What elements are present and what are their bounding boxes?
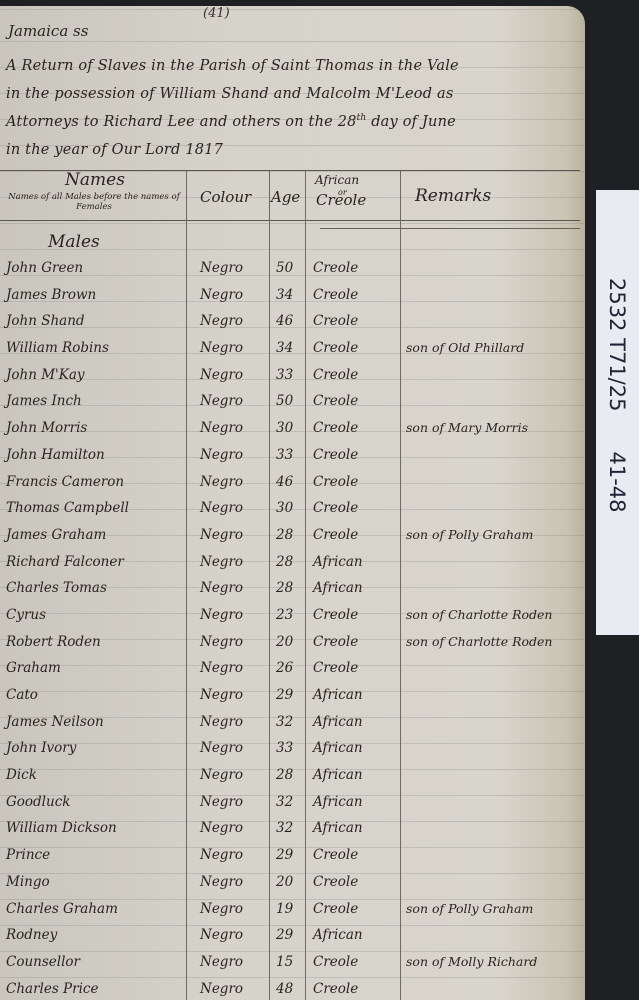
table-row: John GreenNegro50Creole (0, 257, 585, 284)
table-row: CyrusNegro23Creoleson of Charlotte Roden (0, 604, 585, 631)
table-row: RodneyNegro29African (0, 924, 585, 951)
table-row: PrinceNegro29Creole (0, 844, 585, 871)
header-remarks: Remarks (415, 186, 491, 206)
origin-cell: Creole (313, 981, 358, 997)
slave-name: Francis Cameron (6, 474, 124, 490)
table-row: William RobinsNegro34Creoleson of Old Ph… (0, 337, 585, 364)
table-row: John IvoryNegro33African (0, 737, 585, 764)
origin-cell: Creole (313, 660, 358, 676)
origin-cell: Creole (313, 527, 358, 543)
origin-cell: Creole (313, 287, 358, 303)
age-cell: 28 (276, 554, 293, 570)
age-cell: 33 (276, 367, 293, 383)
table-row: CatoNegro29African (0, 684, 585, 711)
table-row: Richard FalconerNegro28African (0, 551, 585, 578)
place-heading: Jamaica ss (8, 22, 88, 40)
colour-cell: Negro (200, 580, 243, 596)
title-line-1: A Return of Slaves in the Parish of Sain… (6, 58, 459, 74)
colour-cell: Negro (200, 981, 243, 997)
origin-cell: Creole (313, 607, 358, 623)
colour-cell: Negro (200, 367, 243, 383)
age-cell: 20 (276, 634, 293, 650)
table-row: Robert RodenNegro20Creoleson of Charlott… (0, 631, 585, 658)
slave-name: Rodney (6, 927, 57, 943)
remarks-cell: son of Mary Morris (406, 420, 528, 435)
origin-cell: African (313, 767, 363, 783)
origin-cell: Creole (313, 393, 358, 409)
origin-cell: Creole (313, 340, 358, 356)
slave-name: William Dickson (6, 820, 117, 836)
age-cell: 29 (276, 847, 293, 863)
colour-cell: Negro (200, 527, 243, 543)
title-line-4: in the year of Our Lord 1817 (6, 142, 223, 158)
slave-name: Counsellor (6, 954, 80, 970)
table-row: John ShandNegro46Creole (0, 310, 585, 337)
slave-name: John Green (6, 260, 83, 276)
origin-cell: African (313, 740, 363, 756)
header-age: Age (271, 188, 300, 206)
age-cell: 33 (276, 447, 293, 463)
remarks-cell: son of Polly Graham (406, 527, 533, 542)
colour-cell: Negro (200, 927, 243, 943)
slave-name: James Inch (6, 393, 82, 409)
title-line-2: in the possession of William Shand and M… (6, 86, 453, 102)
age-cell: 28 (276, 527, 293, 543)
register-rows: John GreenNegro50CreoleJames BrownNegro3… (0, 257, 585, 1000)
origin-cell: African (313, 820, 363, 836)
section-label-males: Males (48, 232, 100, 252)
table-row: Charles PriceNegro48Creole (0, 978, 585, 1000)
colour-cell: Negro (200, 313, 243, 329)
origin-cell: Creole (313, 634, 358, 650)
age-cell: 33 (276, 740, 293, 756)
colour-cell: Negro (200, 554, 243, 570)
origin-cell: Creole (313, 447, 358, 463)
colour-cell: Negro (200, 847, 243, 863)
colour-cell: Negro (200, 954, 243, 970)
ordinal-superscript: th (357, 113, 367, 123)
header-bottom-rule (0, 220, 580, 221)
slave-name: William Robins (6, 340, 109, 356)
slave-name: Prince (6, 847, 50, 863)
colour-cell: Negro (200, 767, 243, 783)
header-origin-african: African (315, 173, 359, 187)
origin-cell: Creole (313, 874, 358, 890)
header-colour: Colour (200, 188, 251, 206)
ledger-page: (41) Jamaica ss A Return of Slaves in th… (0, 6, 585, 1000)
slave-name: James Graham (6, 527, 106, 543)
table-row: James GrahamNegro28Creoleson of Polly Gr… (0, 524, 585, 551)
slave-name: John Ivory (6, 740, 76, 756)
origin-cell: Creole (313, 847, 358, 863)
slave-name: John Shand (6, 313, 85, 329)
slave-name: Thomas Campbell (6, 500, 129, 516)
table-row: James InchNegro50Creole (0, 390, 585, 417)
origin-cell: Creole (313, 260, 358, 276)
header-origin-creole: Creole (316, 191, 366, 209)
slave-name: Goodluck (6, 794, 70, 810)
age-cell: 28 (276, 580, 293, 596)
table-row: William DicksonNegro32African (0, 817, 585, 844)
age-cell: 30 (276, 420, 293, 436)
table-row: CounsellorNegro15Creoleson of Molly Rich… (0, 951, 585, 978)
age-cell: 48 (276, 981, 293, 997)
origin-cell: Creole (313, 954, 358, 970)
slave-name: Charles Tomas (6, 580, 107, 596)
origin-cell: Creole (313, 901, 358, 917)
page-number: (41) (203, 6, 230, 21)
colour-cell: Negro (200, 794, 243, 810)
origin-cell: African (313, 554, 363, 570)
age-cell: 32 (276, 714, 293, 730)
colour-cell: Negro (200, 287, 243, 303)
origin-cell: African (313, 927, 363, 943)
age-cell: 28 (276, 767, 293, 783)
slave-name: Richard Falconer (6, 554, 124, 570)
origin-cell: Creole (313, 313, 358, 329)
age-cell: 34 (276, 287, 293, 303)
origin-cell: African (313, 714, 363, 730)
colour-cell: Negro (200, 260, 243, 276)
origin-cell: Creole (313, 420, 358, 436)
slave-name: Robert Roden (6, 634, 101, 650)
header-double-rule (320, 228, 580, 229)
slave-name: James Neilson (6, 714, 104, 730)
slave-name: Cyrus (6, 607, 46, 623)
slave-name: John M'Kay (6, 367, 85, 383)
age-cell: 50 (276, 260, 293, 276)
table-row: Francis CameronNegro46Creole (0, 471, 585, 498)
age-cell: 30 (276, 500, 293, 516)
table-row: Charles GrahamNegro19Creoleson of Polly … (0, 898, 585, 925)
age-cell: 29 (276, 927, 293, 943)
colour-cell: Negro (200, 901, 243, 917)
age-cell: 32 (276, 820, 293, 836)
table-row: DickNegro28African (0, 764, 585, 791)
table-row: GrahamNegro26Creole (0, 657, 585, 684)
slave-name: Charles Price (6, 981, 98, 997)
remarks-cell: son of Molly Richard (406, 954, 537, 969)
colour-cell: Negro (200, 714, 243, 730)
age-cell: 20 (276, 874, 293, 890)
slave-name: James Brown (6, 287, 96, 303)
colour-cell: Negro (200, 740, 243, 756)
colour-cell: Negro (200, 660, 243, 676)
archive-folios: 41-48 (606, 451, 630, 512)
origin-cell: Creole (313, 367, 358, 383)
table-row: John HamiltonNegro33Creole (0, 444, 585, 471)
age-cell: 50 (276, 393, 293, 409)
archive-reference: 2532 T71/25 (606, 278, 630, 411)
slave-name: Cato (6, 687, 38, 703)
origin-cell: African (313, 794, 363, 810)
remarks-cell: son of Polly Graham (406, 901, 533, 916)
age-cell: 46 (276, 474, 293, 490)
colour-cell: Negro (200, 500, 243, 516)
title-line-3: Attorneys to Richard Lee and others on t… (6, 113, 456, 130)
age-cell: 32 (276, 794, 293, 810)
age-cell: 19 (276, 901, 293, 917)
slave-name: Dick (6, 767, 37, 783)
colour-cell: Negro (200, 420, 243, 436)
table-row: Charles TomasNegro28African (0, 577, 585, 604)
header-names: Names (65, 170, 125, 190)
table-row: James NeilsonNegro32African (0, 711, 585, 738)
colour-cell: Negro (200, 687, 243, 703)
slave-name: John Morris (6, 420, 87, 436)
slave-name: Charles Graham (6, 901, 118, 917)
age-cell: 46 (276, 313, 293, 329)
table-row: James BrownNegro34Creole (0, 284, 585, 311)
colour-cell: Negro (200, 340, 243, 356)
colour-cell: Negro (200, 447, 243, 463)
table-row: GoodluckNegro32African (0, 791, 585, 818)
colour-cell: Negro (200, 874, 243, 890)
table-row: MingoNegro20Creole (0, 871, 585, 898)
archive-reference-label: 2532 T71/25 41-48 (596, 190, 639, 635)
header-names-subtitle: Names of all Males before the names of F… (4, 192, 184, 212)
remarks-cell: son of Charlotte Roden (406, 607, 552, 622)
age-cell: 15 (276, 954, 293, 970)
origin-cell: Creole (313, 500, 358, 516)
origin-cell: African (313, 580, 363, 596)
age-cell: 29 (276, 687, 293, 703)
colour-cell: Negro (200, 820, 243, 836)
origin-cell: Creole (313, 474, 358, 490)
colour-cell: Negro (200, 393, 243, 409)
remarks-cell: son of Charlotte Roden (406, 634, 552, 649)
remarks-cell: son of Old Phillard (406, 340, 524, 355)
slave-name: Mingo (6, 874, 50, 890)
origin-cell: African (313, 687, 363, 703)
table-row: John MorrisNegro30Creoleson of Mary Morr… (0, 417, 585, 444)
table-row: Thomas CampbellNegro30Creole (0, 497, 585, 524)
table-row: John M'KayNegro33Creole (0, 364, 585, 391)
slave-name: John Hamilton (6, 447, 105, 463)
colour-cell: Negro (200, 607, 243, 623)
age-cell: 23 (276, 607, 293, 623)
age-cell: 26 (276, 660, 293, 676)
slave-name: Graham (6, 660, 61, 676)
colour-cell: Negro (200, 634, 243, 650)
colour-cell: Negro (200, 474, 243, 490)
age-cell: 34 (276, 340, 293, 356)
